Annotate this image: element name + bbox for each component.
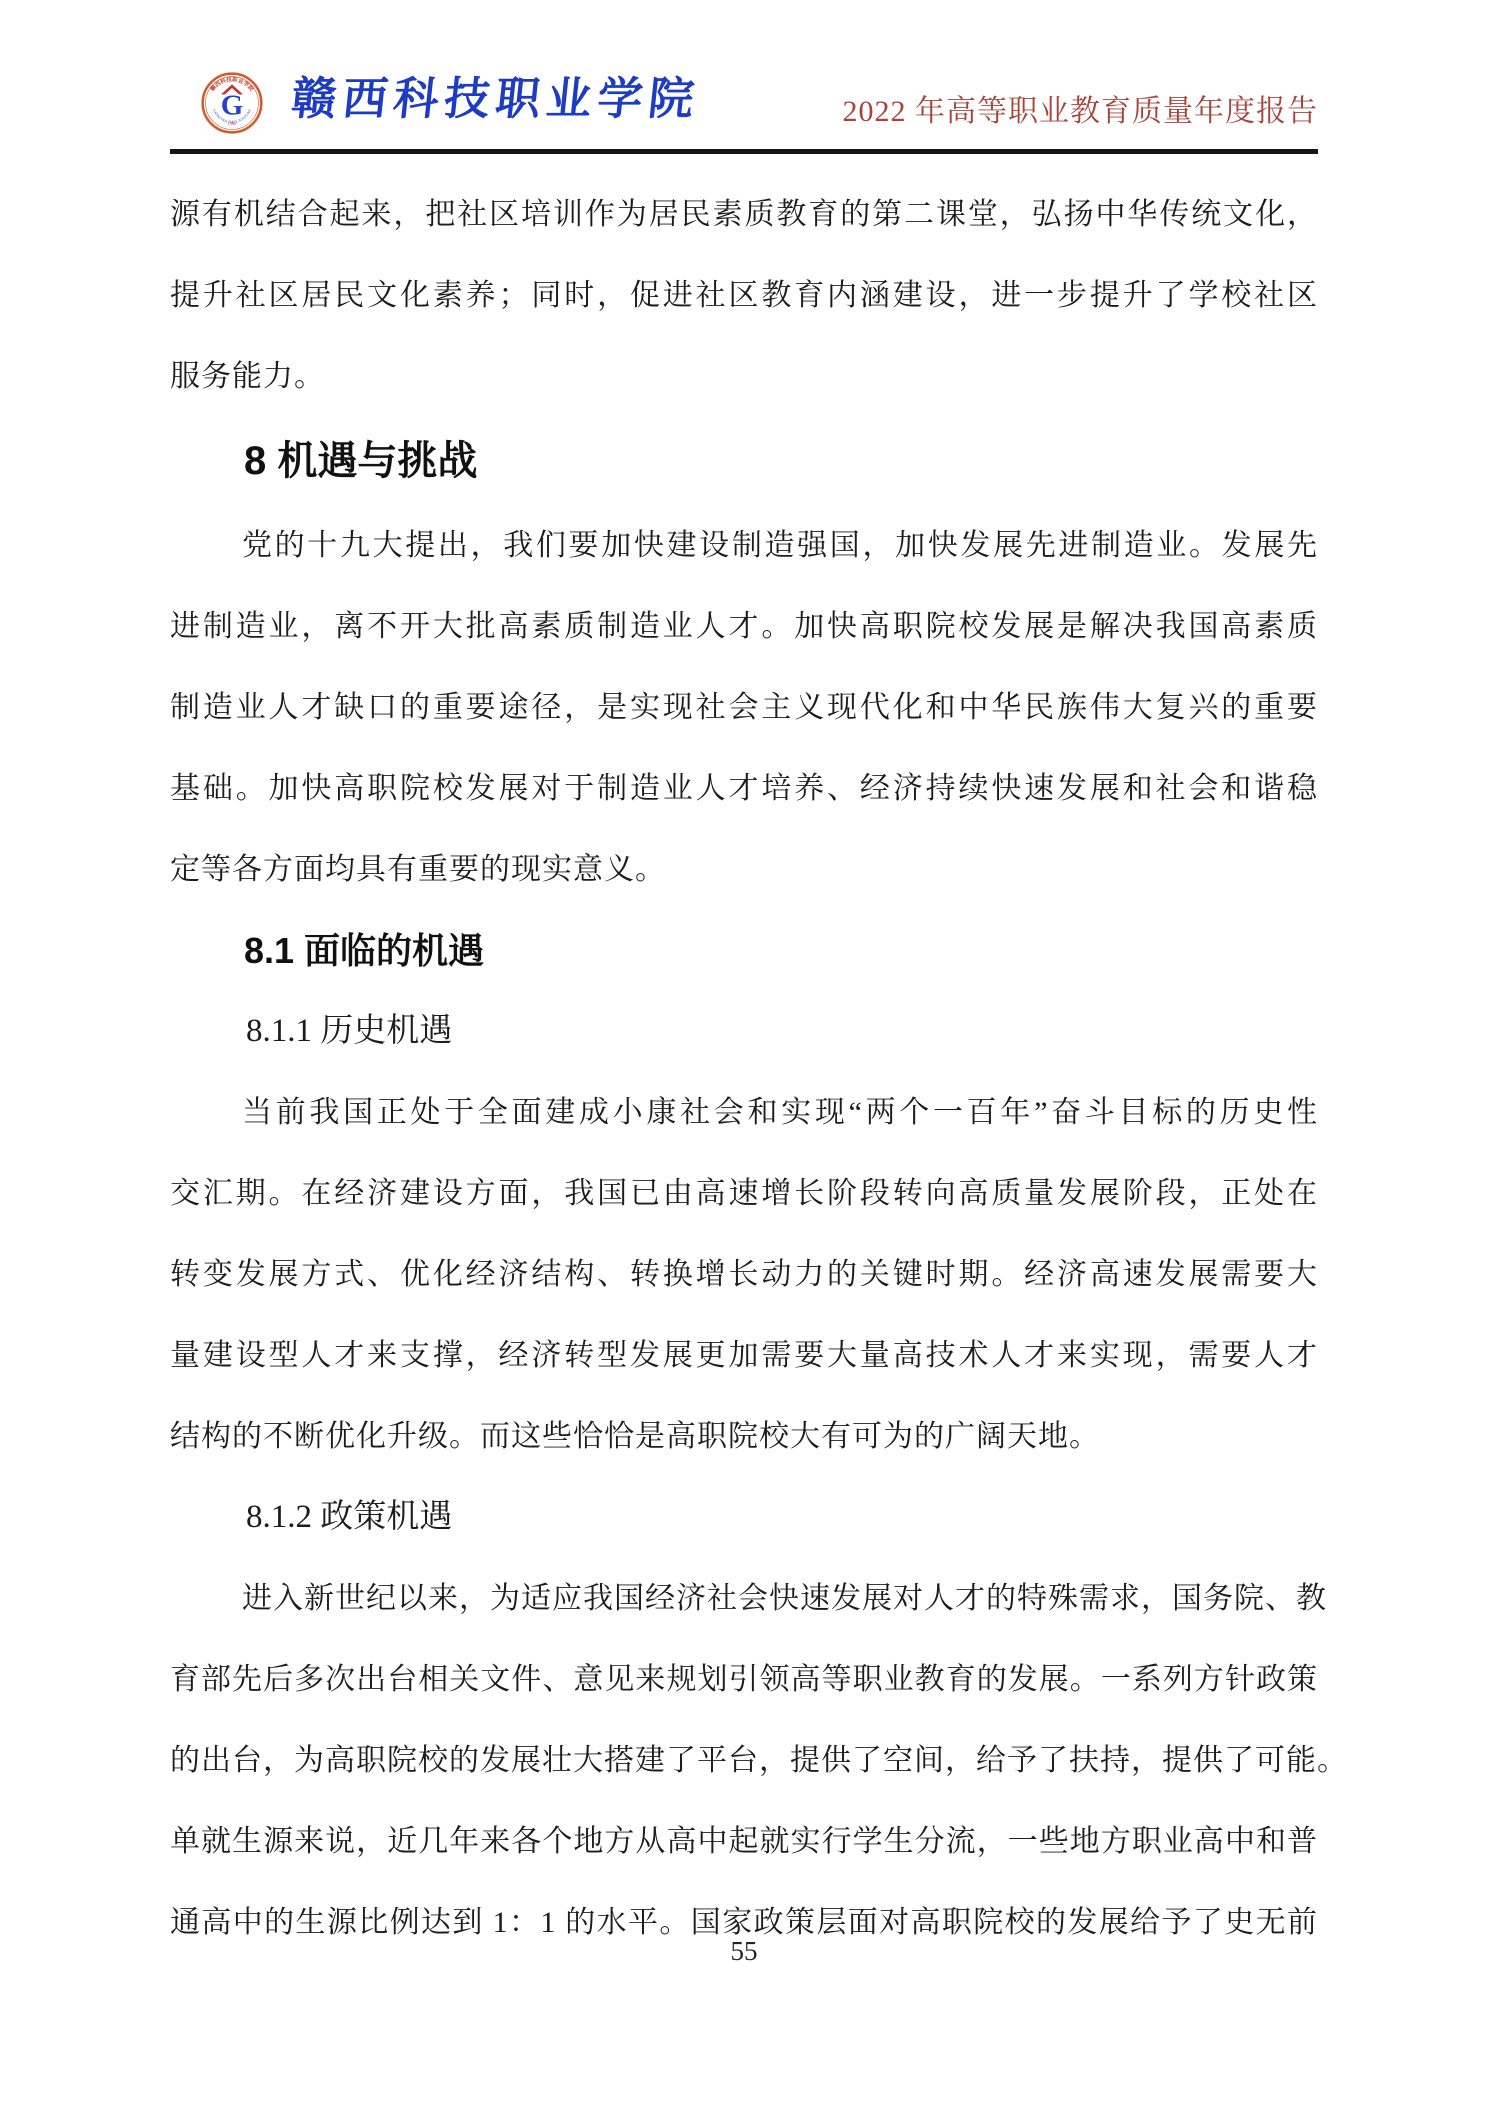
text-line: 育部先后多次出台相关文件、意见来规划引领高等职业教育的发展。一系列方针政策 (170, 1639, 1318, 1720)
text-line: 制造业人才缺口的重要途径，是实现社会主义现代化和中华民族伟大复兴的重要 (170, 667, 1318, 748)
report-title: 2022 年高等职业教育质量年度报告 (843, 86, 1319, 130)
text-line: 量建设型人才来支撑，经济转型发展更加需要大量高技术人才来实现，需要人才 (170, 1315, 1318, 1396)
section-heading: 8 机遇与挑战 (170, 417, 1318, 505)
document-page: 赣西科技职业学院 G GANXI KEJI ZHIYE XUEYUAN 1986… (0, 0, 1488, 2105)
paragraph: 党的十九大提出，我们要加快建设制造强国，加快发展先进制造业。发展先 进制造业，离… (170, 505, 1318, 910)
school-name: 赣西科技职业学院 (289, 62, 704, 127)
subsection-heading: 8.1 面临的机遇 (170, 910, 1318, 991)
text-line: 提升社区居民文化素养；同时，促进社区教育内涵建设，进一步提升了学校社区 (170, 255, 1318, 336)
text-line: 定等各方面均具有重要的现实意义。 (170, 829, 1318, 910)
text-line: 源有机结合起来，把社区培训作为居民素质教育的第二课堂，弘扬中华传统文化， (170, 174, 1318, 255)
text-line: 交汇期。在经济建设方面，我国已由高速增长阶段转向高质量发展阶段，正处在 (170, 1153, 1318, 1234)
text-line: 转变发展方式、优化经济结构、转换增长动力的关键时期。经济高速发展需要大 (170, 1234, 1318, 1315)
page-number: 55 (731, 1936, 758, 1966)
text-line: 进入新世纪以来，为适应我国经济社会快速发展对人才的特殊需求，国务院、教 (170, 1558, 1318, 1639)
header-divider (170, 149, 1318, 154)
text-line: 当前我国正处于全面建成小康社会和实现“两个一百年”奋斗目标的历史性 (170, 1072, 1318, 1153)
subsubsection-heading: 8.1.2 政策机遇 (170, 1477, 1318, 1558)
text-line: 单就生源来说，近几年来各个地方从高中起就实行学生分流，一些地方职业高中和普 (170, 1801, 1318, 1882)
text-line: 服务能力。 (170, 336, 1318, 417)
school-seal-icon: 赣西科技职业学院 G GANXI KEJI ZHIYE XUEYUAN 1986 (201, 72, 263, 134)
document-content: 源有机结合起来，把社区培训作为居民素质教育的第二课堂，弘扬中华传统文化， 提升社… (170, 174, 1318, 1963)
text-line: 基础。加快高职院校发展对于制造业人才培养、经济持续快速发展和社会和谐稳 (170, 748, 1318, 829)
text-line: 结构的不断优化升级。而这些恰恰是高职院校大有可为的广阔天地。 (170, 1396, 1318, 1477)
seal-year: 1986 (228, 121, 237, 126)
paragraph: 进入新世纪以来，为适应我国经济社会快速发展对人才的特殊需求，国务院、教 育部先后… (170, 1558, 1318, 1963)
text-line: 党的十九大提出，我们要加快建设制造强国，加快发展先进制造业。发展先 (170, 505, 1318, 586)
text-line: 进制造业，离不开大批高素质制造业人才。加快高职院校发展是解决我国高素质 (170, 586, 1318, 667)
subsubsection-heading: 8.1.1 历史机遇 (170, 991, 1318, 1072)
paragraph: 源有机结合起来，把社区培训作为居民素质教育的第二课堂，弘扬中华传统文化， 提升社… (170, 174, 1318, 417)
paragraph: 当前我国正处于全面建成小康社会和实现“两个一百年”奋斗目标的历史性 交汇期。在经… (170, 1072, 1318, 1477)
page-footer: 55 (0, 1936, 1488, 1967)
page-header: 赣西科技职业学院 G GANXI KEJI ZHIYE XUEYUAN 1986… (0, 0, 1488, 155)
text-line: 的出台，为高职院校的发展壮大搭建了平台，提供了空间，给予了扶持，提供了可能。 (170, 1720, 1318, 1801)
